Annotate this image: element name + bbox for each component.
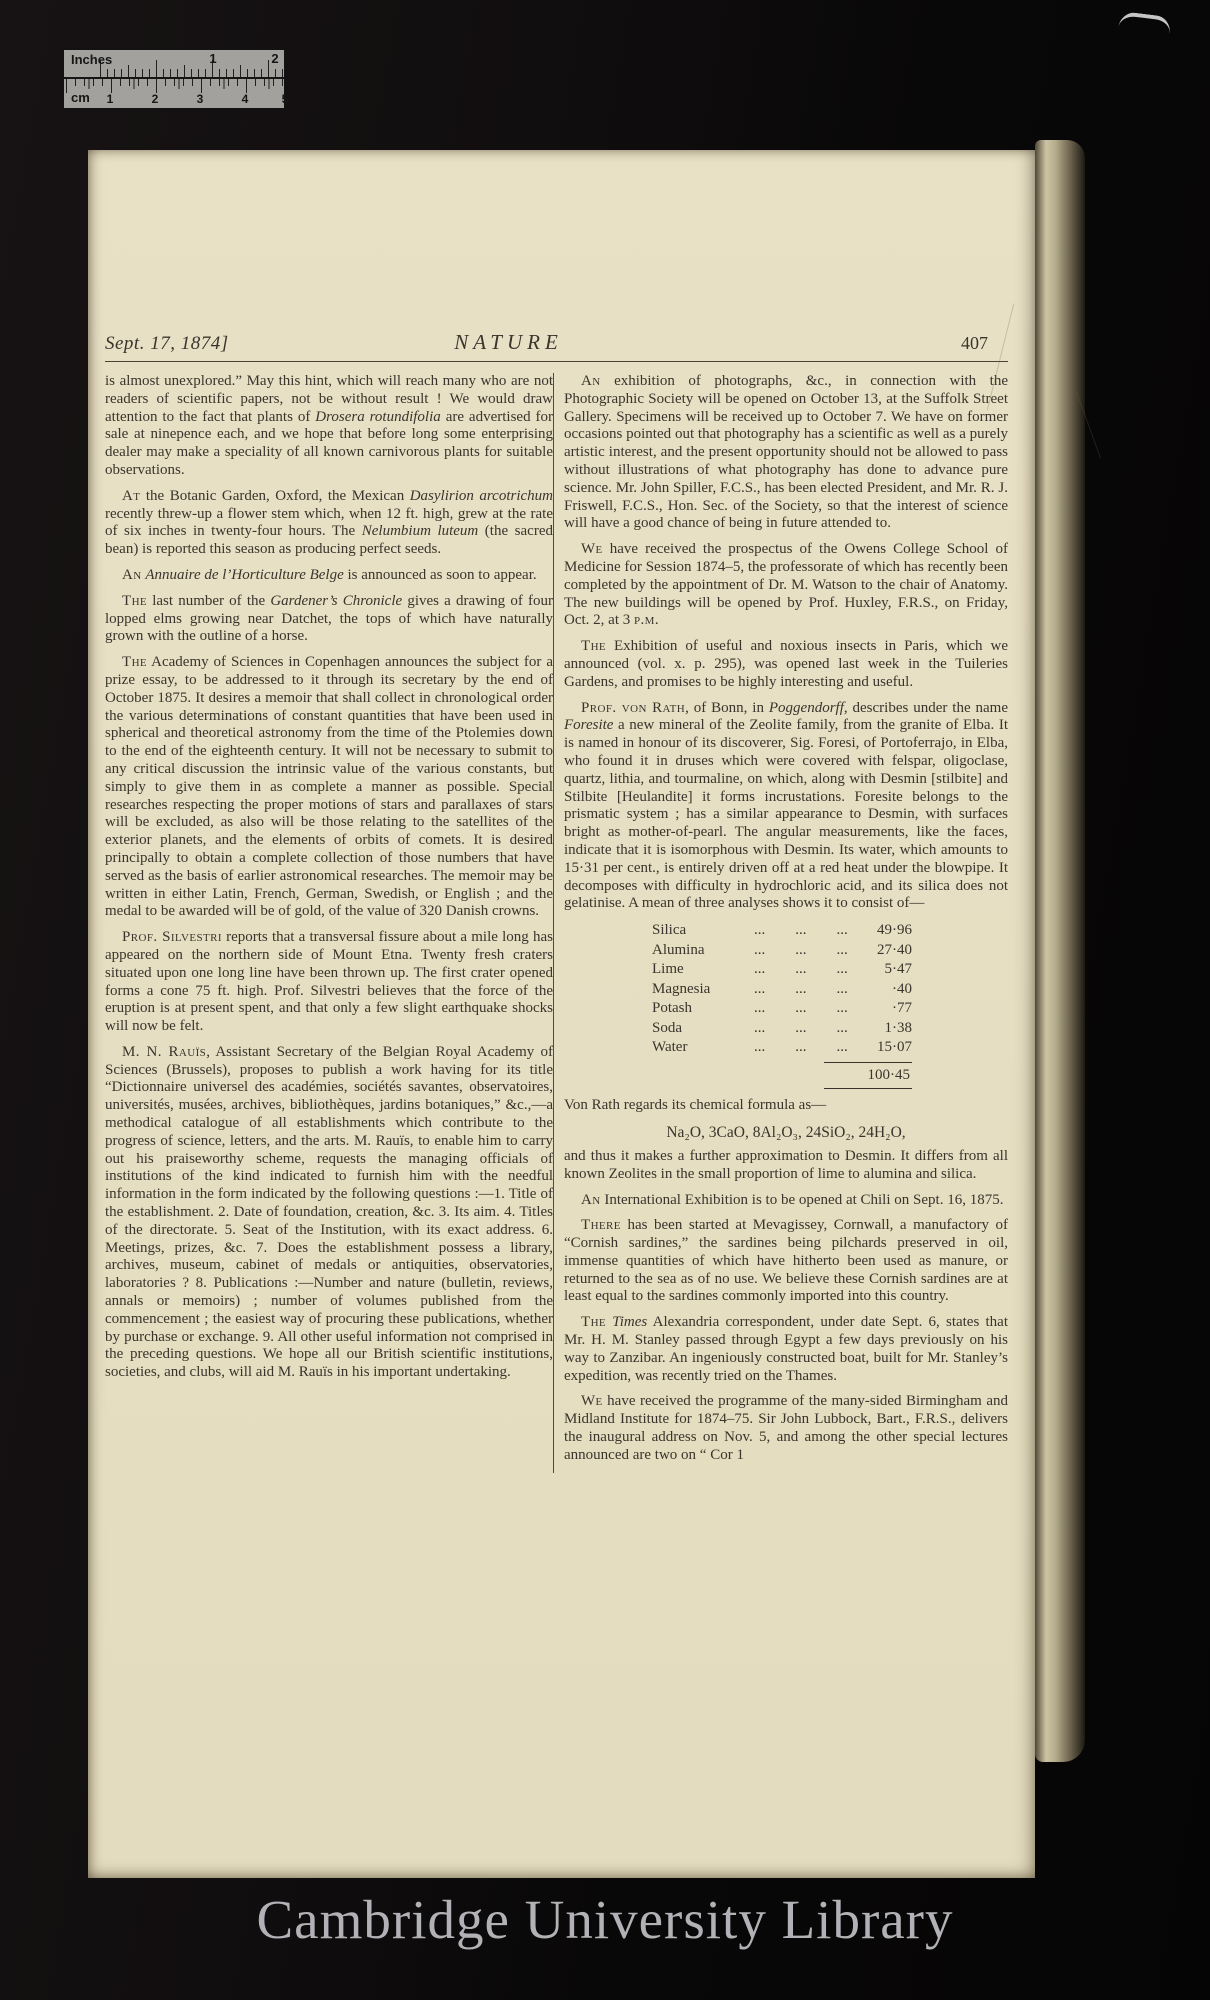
ruler-inch-number: 2 — [271, 51, 278, 66]
paper-curl-mark — [1116, 11, 1172, 51]
italic-text: Annuaire de l’Horticulture Belge — [145, 567, 343, 583]
italic-text: Times — [612, 1314, 647, 1330]
smallcaps-lead: p.m. — [634, 612, 659, 628]
paragraph: We have received the programme of the ma… — [564, 1393, 1008, 1464]
smallcaps-lead: The — [122, 654, 147, 670]
analysis-value: 5·47 — [848, 960, 912, 980]
text-run: Academy of Sciences in Copenhagen announ… — [105, 654, 553, 919]
left-column: is almost unexplored.” May this hint, wh… — [105, 373, 553, 1473]
smallcaps-lead: At — [122, 488, 140, 504]
analysis-label: Silica — [652, 921, 754, 941]
smallcaps-lead: We — [581, 1393, 603, 1409]
right-column: An exhibition of photographs, &c., in co… — [553, 373, 1008, 1473]
paragraph: The last number of the Gardener’s Chroni… — [105, 593, 553, 646]
italic-text: Gardener’s Chronicle — [270, 593, 402, 609]
dot-leaders: ... ... ... ... ... — [754, 999, 848, 1019]
text-run: have received the prospectus of the Owen… — [564, 541, 1008, 628]
analysis-value: ·77 — [848, 999, 912, 1019]
analysis-row: Lime... ... ... ... ...5·47 — [652, 960, 912, 980]
smallcaps-lead: We — [581, 541, 603, 557]
paragraph: The Academy of Sciences in Copenhagen an… — [105, 654, 553, 921]
text-run: , Assistant Secretary of the Belgian Roy… — [105, 1044, 553, 1380]
smallcaps-lead: An — [122, 567, 142, 583]
analysis-row: Potash... ... ... ... ...·77 — [652, 999, 912, 1019]
smallcaps-lead: There — [581, 1217, 621, 1233]
ruler-cm-number: 3 — [197, 92, 204, 106]
analysis-table: Silica... ... ... ... ...49·96Alumina...… — [564, 921, 1008, 1089]
text-run: the Botanic Garden, Oxford, the Mexican — [140, 488, 409, 504]
dot-leaders: ... ... ... ... — [754, 980, 848, 1000]
text-run: exhibition of photographs, &c., in conne… — [564, 373, 1008, 531]
paragraph: is almost unexplored.” May this hint, wh… — [105, 373, 553, 480]
ruler-cm-number: 4 — [242, 92, 249, 106]
paragraph: There has been started at Mevagissey, Co… — [564, 1217, 1008, 1306]
paragraph: Prof. von Rath, of Bonn, in Poggendorff,… — [564, 700, 1008, 914]
ruler-cm-row: cm 1 2 3 4 5 — [64, 79, 284, 108]
ruler-inches-row: Inches 1 2 — [64, 50, 284, 79]
library-scan-view: { "ruler": { "inches_label": "Inches", "… — [0, 0, 1210, 2000]
journal-title: NATURE — [307, 330, 710, 355]
text-run: is announced as soon to appear. — [344, 567, 537, 583]
text-run: a new mineral of the Zeolite family, fro… — [564, 717, 1008, 911]
analysis-label: Potash — [652, 999, 754, 1019]
library-caption: Cambridge University Library — [0, 1888, 1210, 1951]
paragraph: We have received the prospectus of the O… — [564, 541, 1008, 630]
smallcaps-lead: Prof. Silvestri — [122, 929, 222, 945]
italic-text: Drosera rotundifolia — [315, 409, 441, 425]
dot-leaders: ... ... ... ... ... — [754, 921, 848, 941]
analysis-row: Silica... ... ... ... ...49·96 — [652, 921, 912, 941]
ruler-inch-ticks — [100, 50, 283, 77]
analysis-row: Alumina... ... ... ...27·40 — [652, 941, 912, 961]
analysis-total: 100·45 — [824, 1062, 912, 1090]
smallcaps-lead: The — [581, 1314, 606, 1330]
analysis-value: ·40 — [848, 980, 912, 1000]
ruler-cm-number: 5 — [282, 92, 289, 106]
chemical-formula: Na₂O, 3CaO, 8Al₂O₃, 24SiO₂, 24H₂O, — [564, 1123, 1008, 1142]
ruler-cm-number: 2 — [152, 92, 159, 106]
dot-leaders: ... ... ... ... ... — [754, 1038, 848, 1058]
italic-text: Foresite — [564, 717, 613, 733]
text-run: International Exhibition is to be opened… — [601, 1192, 1004, 1208]
italic-text: Dasylirion arcotrichum — [410, 488, 553, 504]
analysis-row: Soda... ... ... ... ...1·38 — [652, 1019, 912, 1039]
page-number: 407 — [748, 333, 1008, 354]
analysis-value: 27·40 — [848, 941, 912, 961]
dot-leaders: ... ... ... ... ... — [754, 960, 848, 980]
paragraph: Von Rath regards its chemical formula as… — [564, 1097, 1008, 1115]
analysis-value: 49·96 — [848, 921, 912, 941]
text-run: Von Rath regards its chemical formula as… — [564, 1097, 826, 1113]
text-run: last number of the — [147, 593, 270, 609]
text-run: , describes under the name — [844, 700, 1008, 716]
smallcaps-lead: An — [581, 1192, 601, 1208]
ruler-cm-label: cm — [71, 90, 90, 105]
italic-text: Poggendorff — [769, 700, 844, 716]
paragraph: The Exhibition of useful and noxious ins… — [564, 638, 1008, 691]
analysis-label: Water — [652, 1038, 754, 1058]
dot-leaders: ... ... ... ... ... — [754, 1019, 848, 1039]
analysis-value: 1·38 — [848, 1019, 912, 1039]
paragraph: The Times Alexandria correspondent, unde… — [564, 1314, 1008, 1385]
smallcaps-lead: The — [581, 638, 606, 654]
smallcaps-lead: Prof. von Rath — [581, 700, 685, 716]
analysis-row: Magnesia... ... ... ...·40 — [652, 980, 912, 1000]
ruler-inch-number: 1 — [209, 51, 216, 66]
smallcaps-lead: M. N. Rauïs — [122, 1044, 206, 1060]
text-run: , of Bonn, in — [685, 700, 769, 716]
analysis-value: 15·07 — [848, 1038, 912, 1058]
text-run: has been started at Mevagissey, Cornwall… — [564, 1217, 1008, 1304]
ruler-inches-label: Inches — [71, 52, 112, 67]
ruler-cm-ticks — [66, 79, 283, 108]
text-columns: is almost unexplored.” May this hint, wh… — [105, 373, 1008, 1473]
analysis-label: Magnesia — [652, 980, 754, 1000]
text-run: Exhibition of useful and noxious insects… — [564, 638, 1008, 690]
page-fore-edge — [1035, 140, 1085, 1762]
paragraph: At the Botanic Garden, Oxford, the Mexic… — [105, 488, 553, 559]
paragraph: An exhibition of photographs, &c., in co… — [564, 373, 1008, 533]
paragraph: An International Exhibition is to be ope… — [564, 1192, 1008, 1210]
italic-text: Nelumbium luteum — [362, 523, 479, 539]
analysis-label: Lime — [652, 960, 754, 980]
page-content: Sept. 17, 1874] NATURE 407 is almost une… — [88, 150, 1035, 1473]
paragraph: An Annuaire de l’Horticulture Belge is a… — [105, 567, 553, 585]
analysis-label: Alumina — [652, 941, 754, 961]
dot-leaders: ... ... ... ... — [754, 941, 848, 961]
scale-ruler: Inches 1 2 cm 1 2 3 4 5 — [62, 48, 286, 110]
header-rule — [105, 361, 1008, 362]
analysis-label: Soda — [652, 1019, 754, 1039]
paragraph: Prof. Silvestri reports that a transvers… — [105, 929, 553, 1036]
ruler-cm-number: 1 — [107, 92, 114, 106]
text-run: and thus it makes a further approximatio… — [564, 1148, 1008, 1182]
smallcaps-lead: An — [581, 373, 601, 389]
journal-page: Sept. 17, 1874] NATURE 407 is almost une… — [88, 150, 1035, 1878]
smallcaps-lead: The — [122, 593, 147, 609]
running-header: Sept. 17, 1874] NATURE 407 — [105, 330, 1008, 355]
paragraph: M. N. Rauïs, Assistant Secretary of the … — [105, 1044, 553, 1382]
analysis-row: Water... ... ... ... ...15·07 — [652, 1038, 912, 1058]
paragraph: and thus it makes a further approximatio… — [564, 1148, 1008, 1184]
text-run: have received the programme of the many-… — [564, 1393, 1008, 1462]
